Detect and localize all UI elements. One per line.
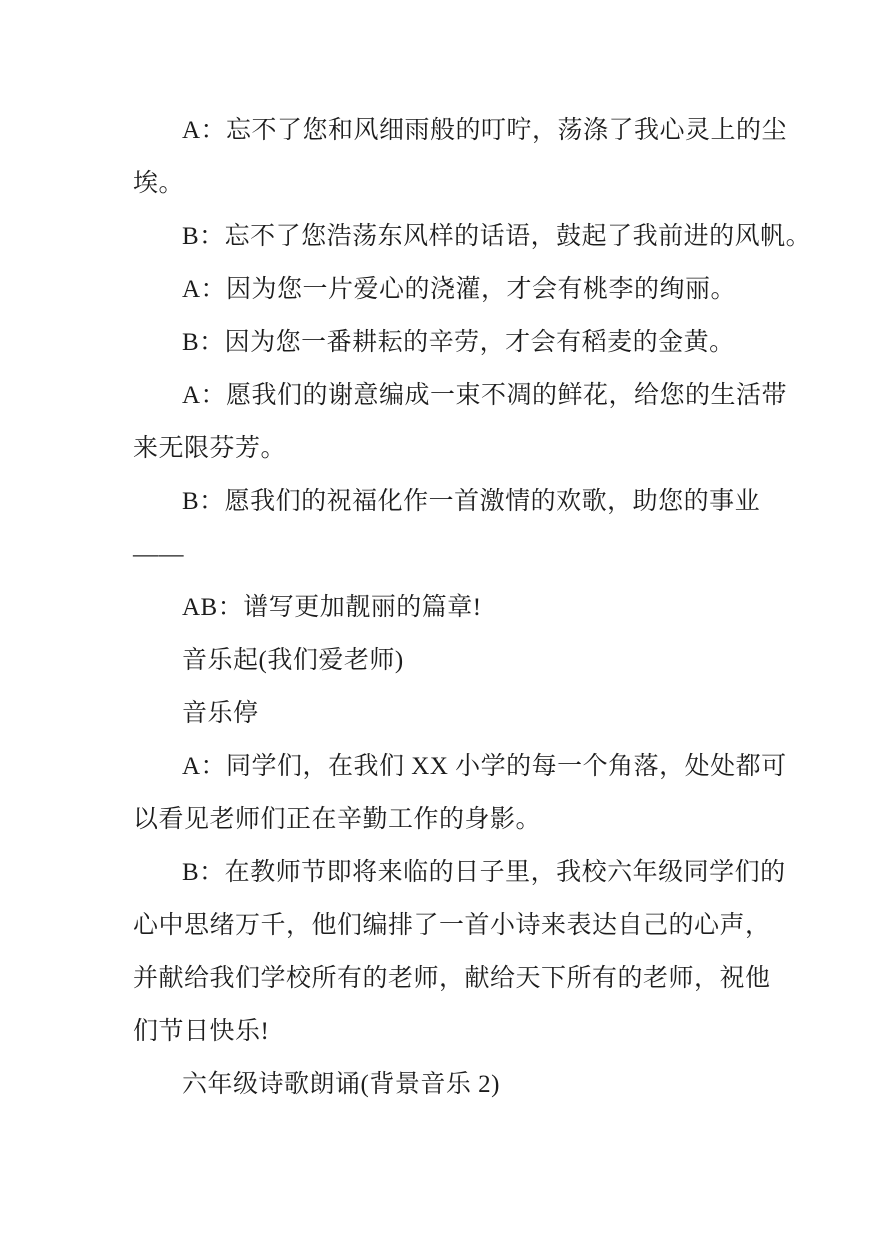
- stage-direction: 音乐起(我们爱老师): [133, 634, 774, 687]
- dialogue-line: A：因为您一片爱心的浇灌，才会有桃李的绚丽。: [133, 263, 774, 316]
- dialogue-line: B：因为您一番耕耘的辛劳，才会有稻麦的金黄。: [133, 316, 774, 369]
- dialogue-line: B：在教师节即将来临的日子里，我校六年级同学们的: [133, 846, 774, 899]
- dialogue-line: A：忘不了您和风细雨般的叮咛，荡涤了我心灵上的尘: [133, 104, 774, 157]
- dialogue-line: A：同学们，在我们 XX 小学的每一个角落，处处都可: [133, 740, 774, 793]
- continuation-line: 心中思绪万千，他们编排了一首小诗来表达自己的心声，: [133, 899, 774, 952]
- dash-continuation-line: ——: [133, 528, 774, 581]
- document-body: A：忘不了您和风细雨般的叮咛，荡涤了我心灵上的尘 埃。 B：忘不了您浩荡东风样的…: [133, 104, 774, 1111]
- dialogue-line: AB：谱写更加靓丽的篇章!: [133, 581, 774, 634]
- dialogue-line: B：愿我们的祝福化作一首激情的欢歌，助您的事业: [133, 475, 774, 528]
- continuation-line: 们节日快乐!: [133, 1005, 774, 1058]
- document-page: A：忘不了您和风细雨般的叮咛，荡涤了我心灵上的尘 埃。 B：忘不了您浩荡东风样的…: [0, 0, 884, 1250]
- continuation-line: 以看见老师们正在辛勤工作的身影。: [133, 793, 774, 846]
- continuation-line: 并献给我们学校所有的老师，献给天下所有的老师，祝他: [133, 952, 774, 1005]
- continuation-line: 埃。: [133, 157, 774, 210]
- dialogue-line: B：忘不了您浩荡东风样的话语，鼓起了我前进的风帆。: [133, 210, 774, 263]
- continuation-line: 来无限芬芳。: [133, 422, 774, 475]
- dialogue-line: A：愿我们的谢意编成一束不凋的鲜花，给您的生活带: [133, 369, 774, 422]
- stage-direction: 音乐停: [133, 687, 774, 740]
- stage-direction: 六年级诗歌朗诵(背景音乐 2): [133, 1058, 774, 1111]
